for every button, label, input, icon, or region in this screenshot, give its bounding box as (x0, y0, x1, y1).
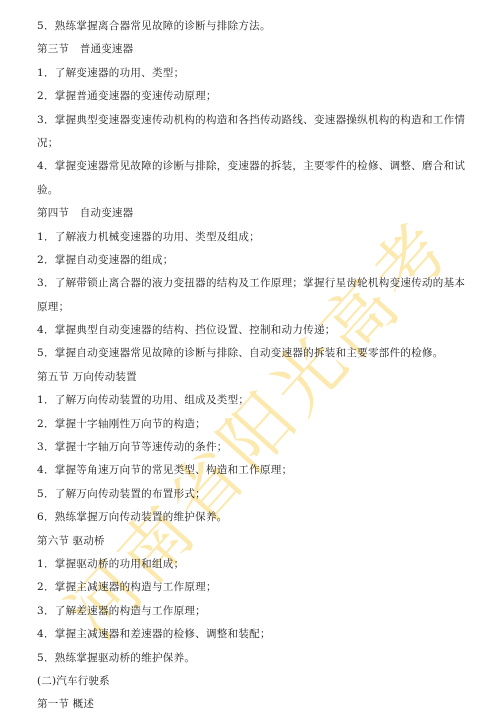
document-page: 5．熟练掌握离合器常见故障的诊断与排除方法。 第三节 普通变速器 1．了解变速器… (37, 15, 457, 716)
section-heading: 第三节 普通变速器 (37, 38, 457, 61)
list-item: 3．掌握典型变速器变速传动机构的构造和各挡传动路线、变速器操纵机构的构造和工作情 (37, 109, 457, 132)
list-item: 3．了解差速器的构造与工作原理； (37, 600, 457, 623)
section-heading: 第六节 驱动桥 (37, 530, 457, 553)
list-item: 1．了解万向传动装置的功用、组成及类型； (37, 389, 457, 412)
list-item-continuation: 验。 (37, 179, 457, 202)
list-item: 5．掌握自动变速器常见故障的诊断与排除、自动变速器的拆装和主要零部件的检修。 (37, 342, 457, 365)
list-item: 6．熟练掌握万向传动装置的维护保养。 (37, 506, 457, 529)
section-heading: 第一节 概述 (37, 693, 457, 716)
list-item: 3．了解带锁止离合器的液力变扭器的结构及工作原理；掌握行星齿轮机构变速传动的基本 (37, 272, 457, 295)
list-item-continuation: 况； (37, 132, 457, 155)
chapter-heading: (二)汽车行驶系 (37, 670, 457, 693)
section-heading: 第四节 自动变速器 (37, 202, 457, 225)
list-item-continuation: 原理； (37, 296, 457, 319)
list-item: 1．掌握驱动桥的功用和组成； (37, 553, 457, 576)
list-item: 3．掌握十字轴万向节等速传动的条件； (37, 436, 457, 459)
list-item: 1．了解变速器的功用、类型； (37, 62, 457, 85)
list-item: 2．掌握主减速器的构造与工作原理； (37, 576, 457, 599)
list-item: 5．熟练掌握离合器常见故障的诊断与排除方法。 (37, 15, 457, 38)
list-item: 2．掌握普通变速器的变速传动原理； (37, 85, 457, 108)
list-item: 4．掌握变速器常见故障的诊断与排除，变速器的拆装，主要零件的检修、调整、磨合和试 (37, 155, 457, 178)
list-item: 4．掌握主减速器和差速器的检修、调整和装配； (37, 623, 457, 646)
list-item: 5．熟练掌握驱动桥的维护保养。 (37, 647, 457, 670)
section-heading: 第五节 万向传动装置 (37, 366, 457, 389)
list-item: 1．了解液力机械变速器的功用、类型及组成； (37, 226, 457, 249)
list-item: 5．了解万向传动装置的布置形式； (37, 483, 457, 506)
list-item: 2．掌握十字轴刚性万向节的构造； (37, 413, 457, 436)
list-item: 4．掌握等角速万向节的常见类型、构造和工作原理； (37, 459, 457, 482)
list-item: 2．掌握自动变速器的组成； (37, 249, 457, 272)
list-item: 4．掌握典型自动变速器的结构、挡位设置、控制和动力传递； (37, 319, 457, 342)
